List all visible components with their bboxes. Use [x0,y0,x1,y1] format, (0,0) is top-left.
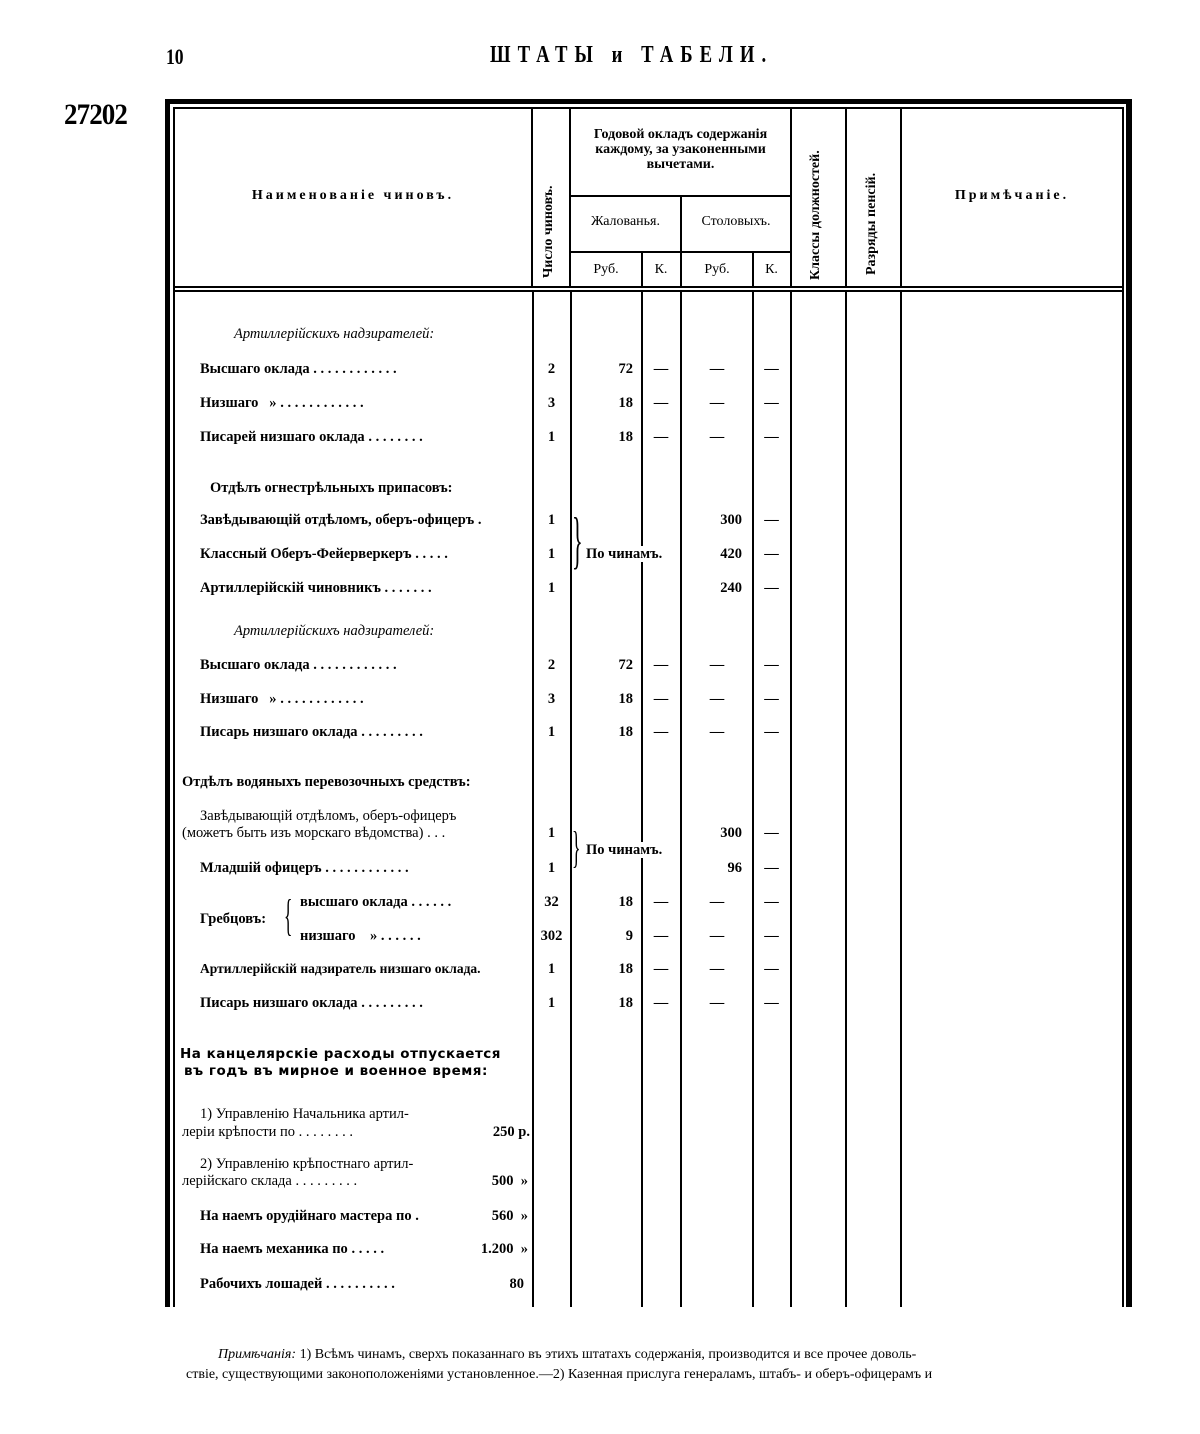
frame-top-thin [173,107,1124,109]
header-remarks-col: Примѣчаніе. [902,188,1122,203]
section-heading: Отдѣлъ огнестрѣльныхъ припасовъ: [210,480,452,496]
frame-top-thick [165,99,1132,104]
row-tab-rub: 300 [682,512,742,528]
row-tab-k: — [753,429,790,445]
row-tab-rub: — [682,429,752,445]
section-heading: Артиллерійскихъ надзирателей: [234,623,434,639]
row-sal-k: — [642,961,680,977]
po-chinam-label: По чинамъ. [586,546,664,562]
row-sal-rub: 72 [571,657,633,673]
footnote-line1: Примѣчанія: 1) Всѣмъ чинамъ, сверхъ пока… [218,1345,916,1365]
header-count-col: Число чиновъ. [541,186,557,278]
row-tab-k: — [753,825,790,841]
left-brace-icon: { [284,894,292,938]
header-tab-rub: Руб. [682,262,752,277]
row-name: Высшаго оклада . . . . . . . . . . . . [200,657,397,673]
document-id: 27202 [64,98,127,132]
office-expenses-heading-line1: На канцелярскіе расходы отпускается [180,1046,501,1062]
row-sal-k: — [642,995,680,1011]
header-table-money: Столовыхъ. [682,214,790,229]
header-sal-rub: Руб. [571,262,641,277]
row-name: высшаго оклада . . . . . . [300,894,451,910]
row-sal-rub: 18 [571,429,633,445]
row-count: 1 [533,546,570,562]
header-rule-2 [173,290,1123,292]
row-tab-k: — [753,395,790,411]
row-sal-k: — [642,894,680,910]
row-tab-k: — [753,724,790,740]
expense-item-line2: лерійскаго склада . . . . . . . . . [182,1173,357,1189]
row-tab-rub: — [682,361,752,377]
expense-item-value: 560 » [440,1208,528,1224]
expense-item-line2: На наемъ механика по . . . . . [200,1241,384,1257]
row-name: Завѣдывающій отдѣломъ, оберъ-офицеръ . [200,512,482,528]
header-annual-salary: Годовой окладъ содержанія каждому, за уз… [571,127,790,172]
row-name: низшаго » . . . . . . [300,928,421,944]
row-count: 32 [533,894,570,910]
right-brace-icon: } [572,826,580,870]
group-label-rowers: Гребцовъ: [200,911,266,927]
row-sal-k: — [642,429,680,445]
header-subrule-sal-units [571,251,680,253]
row-name: Писарь низшаго оклада . . . . . . . . . [200,724,423,740]
footnote-label: Примѣчанія: [218,1347,296,1362]
row-tab-k: — [753,580,790,596]
row-tab-rub: 420 [682,546,742,562]
row-tab-k: — [753,928,790,944]
row-name-line2: (можетъ быть изъ морскаго вѣдомства) . .… [182,825,445,841]
header-classes-col: Классы должностей. [808,150,824,280]
row-sal-rub: 18 [571,395,633,411]
col-line-h7 [845,107,847,287]
header-annual-salary-line: каждому, за узаконенными [571,142,790,157]
row-name: Артиллерійскій чиновникъ . . . . . . . [200,580,432,596]
row-sal-rub: 72 [571,361,633,377]
row-tab-k: — [753,657,790,673]
row-tab-k: — [753,546,790,562]
header-rule-1 [173,286,1123,288]
row-name: Классный Оберъ-Фейерверкеръ . . . . . [200,546,448,562]
row-name-line1: Завѣдывающій отдѣломъ, оберъ-офицеръ [200,808,456,824]
row-tab-rub: — [682,995,752,1011]
row-sal-rub: 18 [571,691,633,707]
row-name: Низшаго » . . . . . . . . . . . . [200,395,364,411]
row-count: 1 [533,512,570,528]
row-sal-rub: 18 [571,961,633,977]
row-tab-rub: — [682,928,752,944]
row-count: 3 [533,691,570,707]
row-sal-rub: 18 [571,724,633,740]
row-count: 1 [533,860,570,876]
row-tab-k: — [753,894,790,910]
row-tab-rub: — [682,657,752,673]
row-tab-rub: 96 [682,860,742,876]
row-name: Писарей низшаго оклада . . . . . . . . [200,429,423,445]
header-salary: Жалованья. [571,214,680,229]
row-tab-k: — [753,860,790,876]
header-subrule-tab-units [682,251,790,253]
header-annual-salary-line: вычетами. [571,157,790,172]
row-count: 2 [533,657,570,673]
expense-item-line2: На наемъ орудійнаго мастера по . [200,1208,419,1224]
row-count: 1 [533,580,570,596]
row-count: 1 [533,995,570,1011]
header-pension-col: Разряды пенсій. [864,173,880,275]
row-count: 1 [533,961,570,977]
expense-item-line2: леріи крѣпости по . . . . . . . . [182,1124,353,1140]
expense-item-line2: Рабочихъ лошадей . . . . . . . . . . [200,1276,395,1292]
col-line-h6 [790,107,792,287]
expense-item-line1: 1) Управленію Начальника артил- [200,1106,409,1122]
col-line-classes [790,291,792,1307]
row-tab-rub: — [682,691,752,707]
page-number: 10 [166,44,184,70]
row-tab-rub: — [682,961,752,977]
row-name: Высшаго оклада . . . . . . . . . . . . [200,361,397,377]
header-name-col: Наименованіе чиновъ. [176,188,530,203]
office-expenses-heading-line2: въ годъ въ мирное и военное время: [184,1063,488,1079]
row-name: Младшій офицеръ . . . . . . . . . . . . [200,860,409,876]
header-sal-kop: К. [642,262,680,277]
row-count: 3 [533,395,570,411]
row-sal-rub: 9 [571,928,633,944]
row-tab-rub: — [682,894,752,910]
expense-item-value: 1.200 » [430,1241,528,1257]
row-count: 1 [533,724,570,740]
right-brace-icon: } [572,508,583,572]
row-name: Артиллерійскій надзиратель низшаго оклад… [200,961,481,977]
row-tab-k: — [753,691,790,707]
row-tab-k: — [753,961,790,977]
row-count: 2 [533,361,570,377]
row-sal-k: — [642,395,680,411]
row-sal-rub: 18 [571,894,633,910]
row-sal-k: — [642,657,680,673]
frame-left-thick [165,99,170,1307]
expense-item-value: 250 р. [440,1124,530,1140]
row-tab-k: — [753,512,790,528]
row-tab-rub: 300 [682,825,742,841]
row-sal-k: — [642,361,680,377]
row-count: 302 [533,928,570,944]
col-line-h1 [531,107,533,287]
row-count: 1 [533,429,570,445]
section-heading: Артиллерійскихъ надзирателей: [234,326,434,342]
footnote-line2: ствіе, существующими законоположеніями у… [186,1365,932,1385]
col-line-pension [845,291,847,1307]
row-tab-rub: 240 [682,580,742,596]
header-tab-kop: К. [753,262,790,277]
row-sal-rub: 18 [571,995,633,1011]
header-annual-salary-line: Годовой окладъ содержанія [571,127,790,142]
expense-item-value: 80 [440,1276,524,1292]
row-count: 1 [533,825,570,841]
row-sal-k: — [642,724,680,740]
row-sal-k: — [642,691,680,707]
po-chinam-label: По чинамъ. [586,842,664,858]
row-tab-rub: — [682,724,752,740]
page-title: ШТАТЫ и ТАБЕЛИ. [490,42,773,69]
row-tab-k: — [753,361,790,377]
row-tab-rub: — [682,395,752,411]
row-name: Писарь низшаго оклада . . . . . . . . . [200,995,423,1011]
row-sal-k: — [642,928,680,944]
frame-right-thick [1126,99,1132,1307]
row-name: Низшаго » . . . . . . . . . . . . [200,691,364,707]
row-tab-k: — [753,995,790,1011]
expense-item-value: 500 » [440,1173,528,1189]
expense-item-line1: 2) Управленію крѣпостнаго артил- [200,1156,413,1172]
section-heading: Отдѣлъ водяныхъ перевозочныхъ средствъ: [182,774,471,790]
col-line-remarks [900,291,902,1307]
